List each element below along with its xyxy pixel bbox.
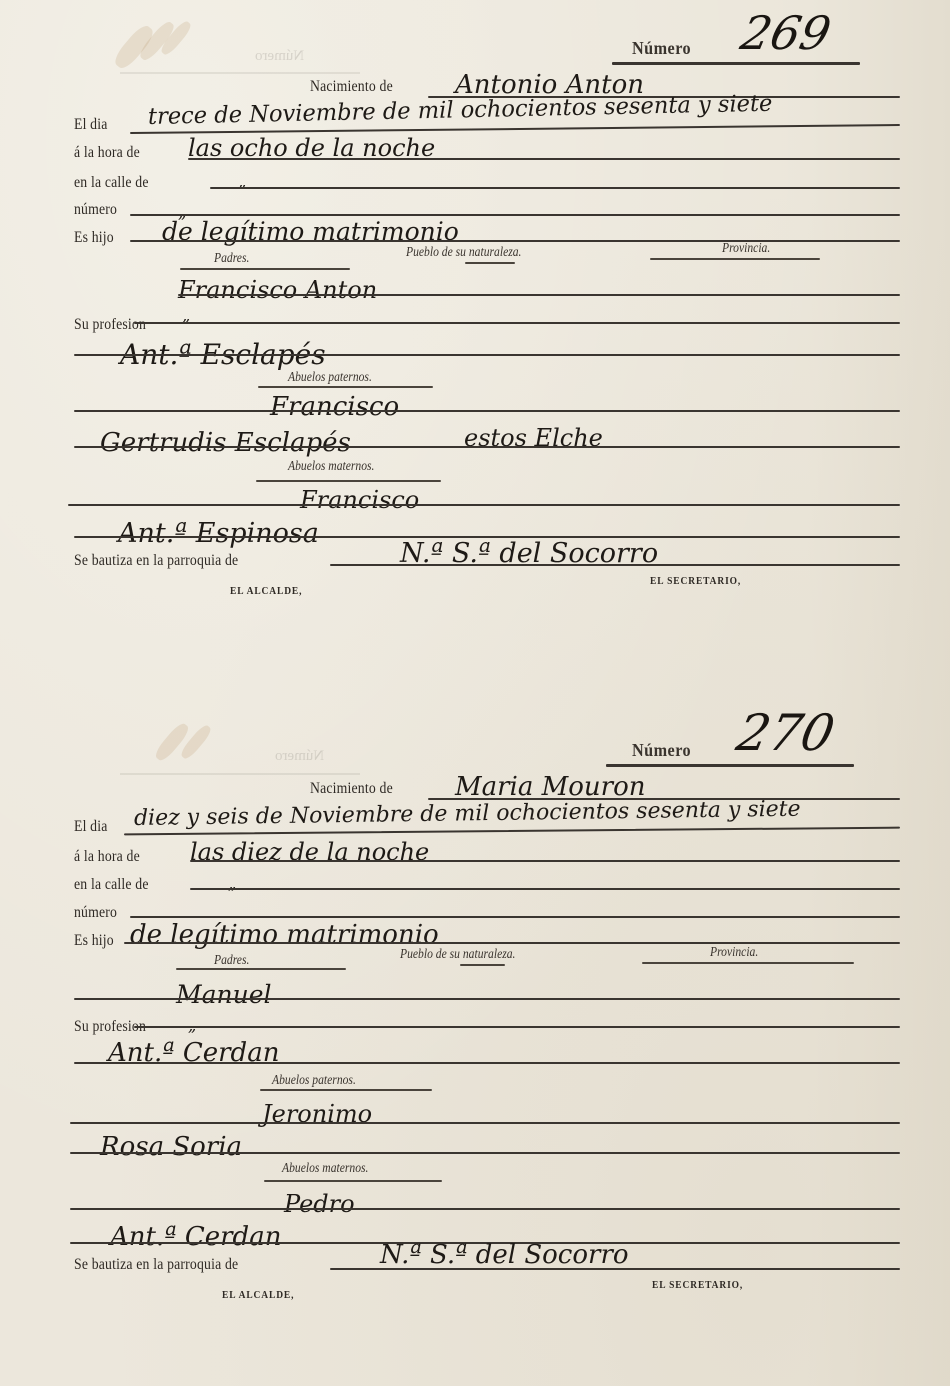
- dia-value: diez y seis de Noviembre de mil ochocien…: [134, 797, 801, 831]
- form-rule: [210, 187, 900, 189]
- form-rule: [260, 1089, 432, 1091]
- form-rule: [178, 294, 900, 296]
- provincia-label: Provincia.: [710, 944, 758, 960]
- dia-label: El dia: [74, 818, 108, 836]
- form-rule: [264, 1180, 442, 1182]
- calle-value: „: [228, 874, 236, 893]
- abuelos-paternos-label: Abuelos paternos.: [272, 1072, 356, 1088]
- nacimiento-label: Nacimiento de: [310, 780, 393, 798]
- padre-value: Francisco Anton: [178, 276, 377, 304]
- form-rule: [130, 916, 900, 918]
- form-rule: [650, 258, 820, 260]
- hijo-label: Es hijo: [74, 229, 114, 247]
- form-rule: [256, 480, 441, 482]
- form-rule: [180, 268, 350, 270]
- bleed-through-numero: Número: [275, 748, 324, 765]
- hora-label: á la hora de: [74, 848, 140, 866]
- hora-label: á la hora de: [74, 144, 140, 162]
- form-rule: [70, 1152, 900, 1154]
- calle-label: en la calle de: [74, 174, 149, 192]
- abuela-materna-value: Ant.ª Cerdan: [110, 1222, 281, 1252]
- numero-rule: [612, 62, 860, 65]
- form-rule: [130, 214, 900, 216]
- hijo-label: Es hijo: [74, 932, 114, 950]
- form-rule: [258, 386, 433, 388]
- form-rule: [134, 322, 900, 324]
- secretario-label: EL SECRETARIO,: [650, 576, 741, 587]
- parroquia-label: Se bautiza en la parroquia de: [74, 1256, 238, 1274]
- dia-value: trece de Noviembre de mil ochocientos se…: [148, 91, 773, 130]
- parroquia-value: N.ª S.ª del Socorro: [380, 1240, 629, 1270]
- form-rule: [68, 504, 900, 506]
- bleed-through-numero: Número: [255, 48, 304, 65]
- form-rule: [330, 1268, 900, 1270]
- padres-label: Padres.: [214, 250, 249, 266]
- nacimiento-label: Nacimiento de: [310, 78, 393, 96]
- entry-number: 269: [736, 6, 835, 60]
- abuela-paterna-value: Rosa Soria: [100, 1132, 242, 1162]
- form-rule: [642, 962, 854, 964]
- pueblo-label: Pueblo de su naturaleza.: [406, 244, 521, 260]
- abuelo-paterno-value: Francisco: [270, 392, 399, 422]
- abuelos-paternos-label: Abuelos paternos.: [288, 369, 372, 385]
- parroquia-label: Se bautiza en la parroquia de: [74, 552, 238, 570]
- form-rule: [465, 262, 515, 264]
- form-rule: [190, 860, 900, 862]
- abuelo-materno-value: Pedro: [284, 1190, 355, 1218]
- form-rule: [74, 410, 900, 412]
- numero-field-label: número: [74, 201, 117, 219]
- secretario-label: EL SECRETARIO,: [652, 1280, 743, 1291]
- numero-field-label: número: [74, 904, 117, 922]
- form-rule: [330, 564, 900, 566]
- numero-label: Número: [632, 740, 691, 761]
- provincia-label: Provincia.: [722, 240, 770, 256]
- form-rule: [190, 888, 900, 890]
- numero-rule: [606, 764, 854, 767]
- register-page: Número Número Número 269 Nacimiento de A…: [0, 0, 950, 1386]
- alcalde-label: EL ALCALDE,: [222, 1290, 294, 1301]
- dia-label: El dia: [74, 116, 108, 134]
- form-rule: [70, 1208, 900, 1210]
- bleed-rule: [120, 773, 360, 775]
- form-rule: [74, 1062, 900, 1064]
- alcalde-label: EL ALCALDE,: [230, 586, 302, 597]
- padre-value: Manuel: [176, 980, 272, 1009]
- padres-label: Padres.: [214, 952, 249, 968]
- form-rule: [74, 446, 900, 448]
- hijo-value: de legítimo matrimonio: [130, 920, 439, 950]
- form-rule: [124, 942, 900, 944]
- form-rule: [130, 240, 900, 242]
- form-rule: [134, 1026, 900, 1028]
- profesion-label: Su profesion: [74, 316, 146, 334]
- form-rule: [70, 1122, 900, 1124]
- numero-label: Número: [632, 38, 691, 59]
- calle-label: en la calle de: [74, 876, 149, 894]
- abuela-materna-value: Ant.ª Espinosa: [118, 518, 319, 549]
- form-rule: [74, 998, 900, 1000]
- form-rule: [74, 354, 900, 356]
- abuelo-materno-value: Francisco: [300, 486, 419, 514]
- entry-number: 270: [732, 704, 840, 762]
- form-rule: [460, 964, 505, 966]
- abuela-paterna-value: Gertrudis Esclapés: [100, 428, 351, 458]
- abuelos-maternos-label: Abuelos maternos.: [288, 458, 374, 474]
- form-rule: [176, 968, 346, 970]
- bleed-rule: [120, 72, 360, 74]
- form-rule: [188, 158, 900, 160]
- pueblo-label: Pueblo de su naturaleza.: [400, 946, 515, 962]
- abuelos-maternos-label: Abuelos maternos.: [282, 1160, 368, 1176]
